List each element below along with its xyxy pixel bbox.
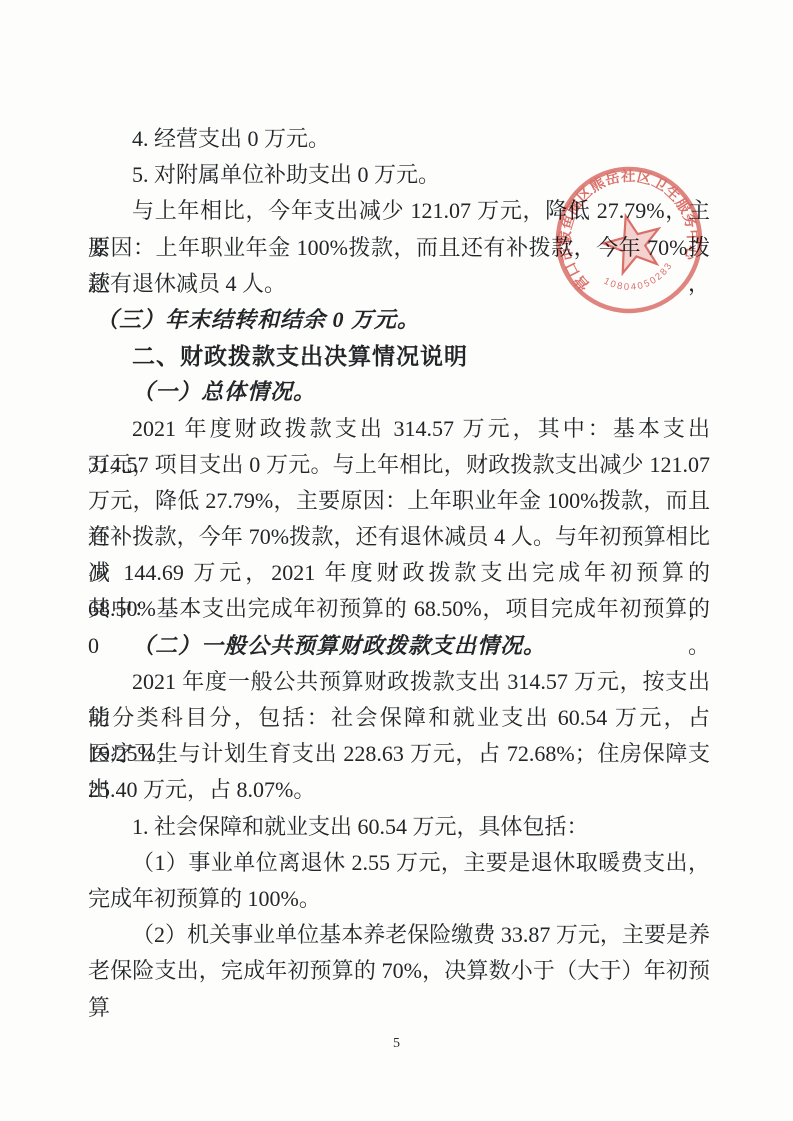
text-line: 有补拨款，今年 70%拨款，还有退休减员 4 人。与年初预算相比减 [88, 519, 710, 555]
text-line: （三）年末结转和结余 0 万元。 [88, 302, 710, 338]
text-line: 老保险支出，完成年初预算的 70%，决算数小于（大于）年初预算 [88, 953, 710, 989]
text-line: 万元，项目支出 0 万元。与上年相比，财政拨款支出减少 121.07 [88, 447, 710, 483]
text-line: 原因：上年职业年金 100%拨款，而且还有补拨款，今年 70%拨款， [88, 230, 710, 266]
text-line: 2021 年度财政拨款支出 314.57 万元，其中：基本支出 314.57 [88, 411, 710, 447]
text-line: 完成年初预算的 100%。 [88, 881, 710, 917]
text-line: 25.40 万元，占 8.07%。 [88, 772, 710, 808]
text-line: 1. 社会保障和就业支出 60.54 万元，具体包括： [88, 809, 710, 845]
page-number: 5 [0, 1036, 793, 1052]
text-line: 4. 经营支出 0 万元。 [88, 121, 710, 157]
text-line: 医疗卫生与计划生育支出 228.63 万元，占 72.68%；住房保障支出 [88, 736, 710, 772]
text-line: 万元，降低 27.79%，主要原因：上年职业年金 100%拨款，而且还 [88, 483, 710, 519]
text-line: 少 144.69 万元，2021 年度财政拨款支出完成年初预算的 68.50%， [88, 555, 710, 591]
text-line: 5. 对附属单位补助支出 0 万元。 [88, 157, 710, 193]
text-line: （2）机关事业单位基本养老保险缴费 33.87 万元，主要是养 [88, 917, 710, 953]
text-line: 2021 年度一般公共预算财政拨款支出 314.57 万元，按支出功 [88, 664, 710, 700]
text-line: 与上年相比，今年支出减少 121.07 万元，降低 27.79%，主要 [88, 193, 710, 229]
document-body: 4. 经营支出 0 万元。5. 对附属单位补助支出 0 万元。与上年相比，今年支… [88, 121, 710, 990]
document-page: 4. 经营支出 0 万元。5. 对附属单位补助支出 0 万元。与上年相比，今年支… [0, 0, 793, 1121]
text-line: （1）事业单位离退休 2.55 万元，主要是退休取暖费支出， [88, 845, 710, 881]
text-line: 能分类科目分，包括：社会保障和就业支出 60.54 万元，占 19.25%； [88, 700, 710, 736]
text-line: （一）总体情况。 [88, 374, 710, 410]
text-line: 二、财政拨款支出决算情况说明 [88, 338, 710, 374]
text-line: 其中：基本支出完成年初预算的 68.50%，项目完成年初预算的 0。 [88, 591, 710, 627]
